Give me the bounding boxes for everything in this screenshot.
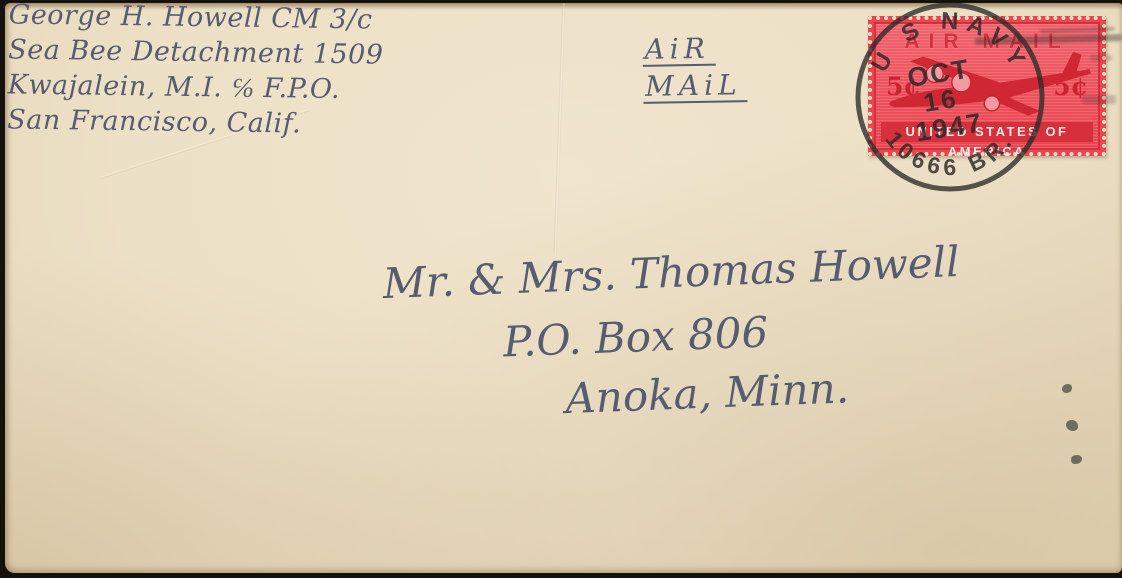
paper-crease <box>554 3 566 253</box>
return-address-line: George H. Howell CM 3/c <box>9 0 385 38</box>
postmark-date-year: 1947 <box>913 107 985 147</box>
envelope-scan: George H. Howell CM 3/c Sea Bee Detachme… <box>0 0 1122 578</box>
airmail-notation-line: AiR <box>642 38 716 67</box>
return-address-line: San Francisco, Calif. <box>7 102 383 142</box>
cancellation-smudge <box>1082 95 1116 104</box>
ink-blot <box>1066 420 1078 431</box>
recipient-address: Mr. & Mrs. Thomas Howell P.O. Box 806 An… <box>382 237 965 430</box>
airmail-notation-line: MAiL <box>643 74 748 104</box>
return-address: George H. Howell CM 3/c Sea Bee Detachme… <box>7 0 384 143</box>
recipient-address-line: P.O. Box 806 <box>502 300 962 367</box>
airmail-notation: AiR MAiL <box>642 37 748 113</box>
return-address-line: Sea Bee Detachment 1509 <box>8 32 384 72</box>
cancellation-smudge <box>1090 55 1112 61</box>
return-address-line: Kwajalein, M.I. ℅ F.P.O. <box>8 67 384 107</box>
postmark: U S NAVY 10666 BR. OCT 16 1947 <box>851 0 1049 200</box>
